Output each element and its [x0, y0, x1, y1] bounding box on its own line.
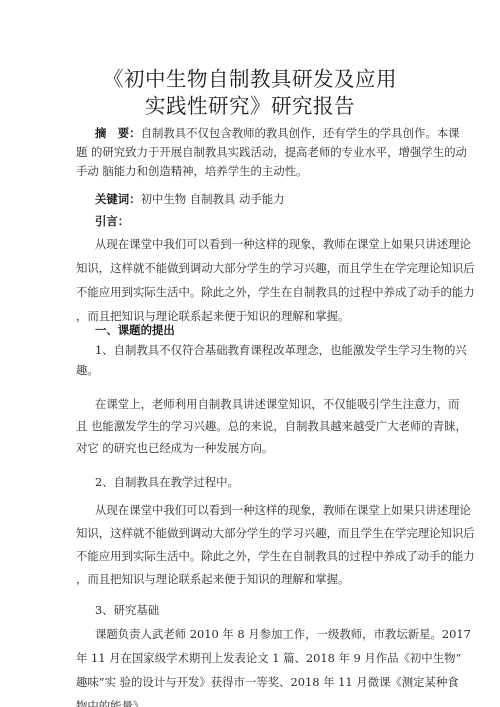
para-3-line: 物中的能量》: [76, 698, 144, 707]
para-1-line: 对它 的研究也已经成为一种发展方向。: [76, 440, 273, 456]
item-1-line: 趣。: [76, 362, 99, 378]
abstract-label: 摘 要：: [95, 126, 141, 140]
section-heading: 一、课题的提出: [95, 322, 175, 338]
para-2-line: 不能应用到实际生活中。除此之外，学生在自制教具的过程中养成了动手的能力: [76, 548, 475, 564]
item-2: 2、自制教具在教学过程中。: [95, 474, 239, 490]
item-1-line: 1、自制教具不仅符合基础教育课程改革理念，也能激发学生学习生物的兴: [95, 342, 467, 358]
para-2-line: 知识，这样就不能做到调动大部分学生的学习兴趣，而且学生在学完理论知识后: [76, 525, 475, 541]
para-3-line: 趣味”实 验的设计与开发》获得市一等奖、2018 年 11 月微课《测定某种食: [76, 674, 459, 690]
keywords-value: 初中生物 自制教具 动手能力: [141, 192, 285, 206]
intro-line: 从现在课堂中我们可以看到一种这样的现象，教师在课堂上如果只讲述理论: [95, 236, 471, 252]
item-3: 3、研究基础: [95, 602, 159, 618]
para-2-line: 从现在课堂中我们可以看到一种这样的现象，教师在课堂上如果只讲述理论: [95, 502, 471, 518]
para-2-line: ，而且把知识与理论联系起来便于知识的理解和掌握。: [76, 571, 349, 587]
para-3-line: 课题负责人武老师 2010 年 8 月参加工作，一级教师，市教坛新星。2017: [95, 626, 471, 642]
abstract-paragraph: 摘 要：自制教具不仅包含教师的教具创作，还有学生的学具创作。本课: [95, 125, 460, 141]
keywords-label: 关键词：: [95, 192, 141, 206]
intro-heading: 引言：: [95, 213, 129, 229]
document-title-line-1: 《初中生物自制教具研发及应用: [0, 62, 500, 92]
para-1-line: 且 也能激发学生的学习兴趣。总的来说，自制教具越来越受广大老师的青睐，: [76, 418, 467, 434]
document-title-line-2: 实践性研究》研究报告: [0, 89, 500, 119]
para-1-line: 在课堂上，老师利用自制教具讲述课堂知识，不仅能吸引学生注意力，而: [95, 396, 460, 412]
keywords: 关键词：初中生物 自制教具 动手能力: [95, 191, 285, 207]
abstract-line: 手动 脑能力和创造精神，培养学生的主动性。: [76, 163, 307, 179]
para-3-line: 年 11 月在国家级学术期刊上发表论文 1 篇、2018 年 9 月作品《初中生…: [76, 650, 461, 666]
abstract-line: 题 的研究致力于开展自制教具实践活动，提高老师的专业水平，增强学生的动: [76, 144, 467, 160]
intro-line: 知识，这样就不能做到调动大部分学生的学习兴趣，而且学生在学完理论知识后: [76, 260, 475, 276]
intro-line: 不能应用到实际生活中。除此之外，学生在自制教具的过程中养成了动手的能力: [76, 284, 475, 300]
